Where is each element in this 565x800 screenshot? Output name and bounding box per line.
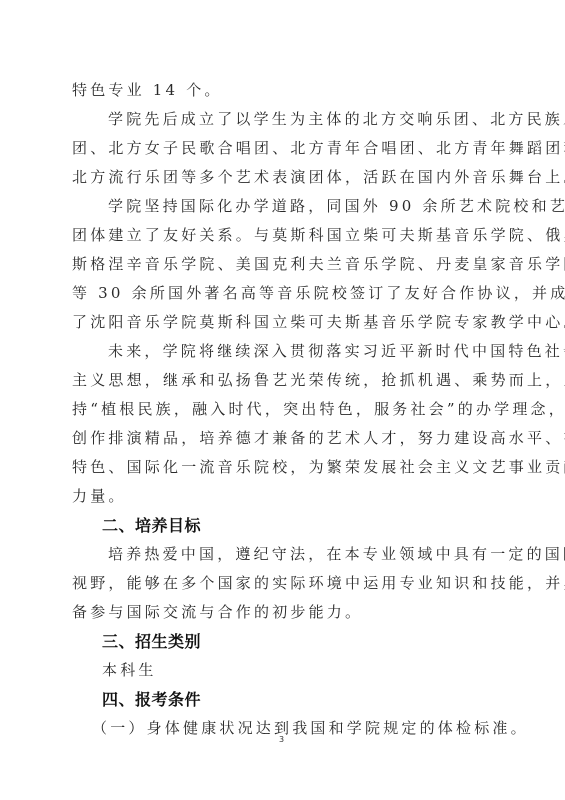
paragraph-future: 未来，学院将继续深入贯彻落实习近平新时代中国特色社会 主义思想，继承和弘扬鲁艺光… — [72, 337, 494, 511]
paragraph-training-goals: 培养热爱中国，遵纪守法，在本专业领域中具有一定的国际 视野，能够在多个国家的实际… — [72, 540, 494, 627]
text-line: 等 30 余所国外著名高等音乐院校签订了友好合作协议，并成立 — [72, 279, 494, 308]
section-heading-training-goals: 二、培养目标 — [72, 511, 494, 540]
text-line: 持“植根民族，融入时代，突出特色，服务社会”的办学理念， — [72, 395, 494, 424]
text-line: 学院坚持国际化办学道路，同国外 90 余所艺术院校和艺术 — [72, 192, 494, 221]
text-line: 力量。 — [72, 482, 494, 511]
text-line: 团体建立了友好关系。与莫斯科国立柴可夫斯基音乐学院、俄罗 — [72, 221, 494, 250]
document-page: 特色专业 14 个。 学院先后成立了以学生为主体的北方交响乐团、北方民族乐 团、… — [0, 0, 565, 800]
paragraph-international: 学院坚持国际化办学道路，同国外 90 余所艺术院校和艺术 团体建立了友好关系。与… — [72, 192, 494, 337]
text-line: 主义思想，继承和弘扬鲁艺光荣传统，抢抓机遇、乘势而上，坚 — [72, 366, 494, 395]
text-line: 创作排演精品，培养德才兼备的艺术人才，努力建设高水平、有 — [72, 424, 494, 453]
text-line: 北方流行乐团等多个艺术表演团体，活跃在国内外音乐舞台上。 — [72, 163, 494, 192]
text-line: 特色专业 14 个。 — [72, 76, 494, 105]
section-heading-enrollment-category: 三、招生类别 — [72, 627, 494, 656]
text-line: 团、北方女子民歌合唱团、北方青年合唱团、北方青年舞蹈团和 — [72, 134, 494, 163]
text-line: 学院先后成立了以学生为主体的北方交响乐团、北方民族乐 — [72, 105, 494, 134]
page-number: 3 — [279, 735, 284, 744]
text-line: 未来，学院将继续深入贯彻落实习近平新时代中国特色社会 — [72, 337, 494, 366]
text-line: 备参与国际交流与合作的初步能力。 — [72, 598, 494, 627]
text-line: 培养热爱中国，遵纪守法，在本专业领域中具有一定的国际 — [72, 540, 494, 569]
text-line: 斯格涅辛音乐学院、美国克利夫兰音乐学院、丹麦皇家音乐学院 — [72, 250, 494, 279]
enrollment-category-value: 本科生 — [72, 656, 494, 685]
text-line: 特色、国际化一流音乐院校，为繁荣发展社会主义文艺事业贡献 — [72, 453, 494, 482]
paragraph-art-troupes: 学院先后成立了以学生为主体的北方交响乐团、北方民族乐 团、北方女子民歌合唱团、北… — [72, 105, 494, 192]
page-content: 特色专业 14 个。 学院先后成立了以学生为主体的北方交响乐团、北方民族乐 团、… — [72, 76, 494, 743]
section-heading-application-requirements: 四、报考条件 — [72, 685, 494, 714]
text-line: 了沈阳音乐学院莫斯科国立柴可夫斯基音乐学院专家教学中心。 — [72, 308, 494, 337]
text-line: 视野，能够在多个国家的实际环境中运用专业知识和技能，并具 — [72, 569, 494, 598]
